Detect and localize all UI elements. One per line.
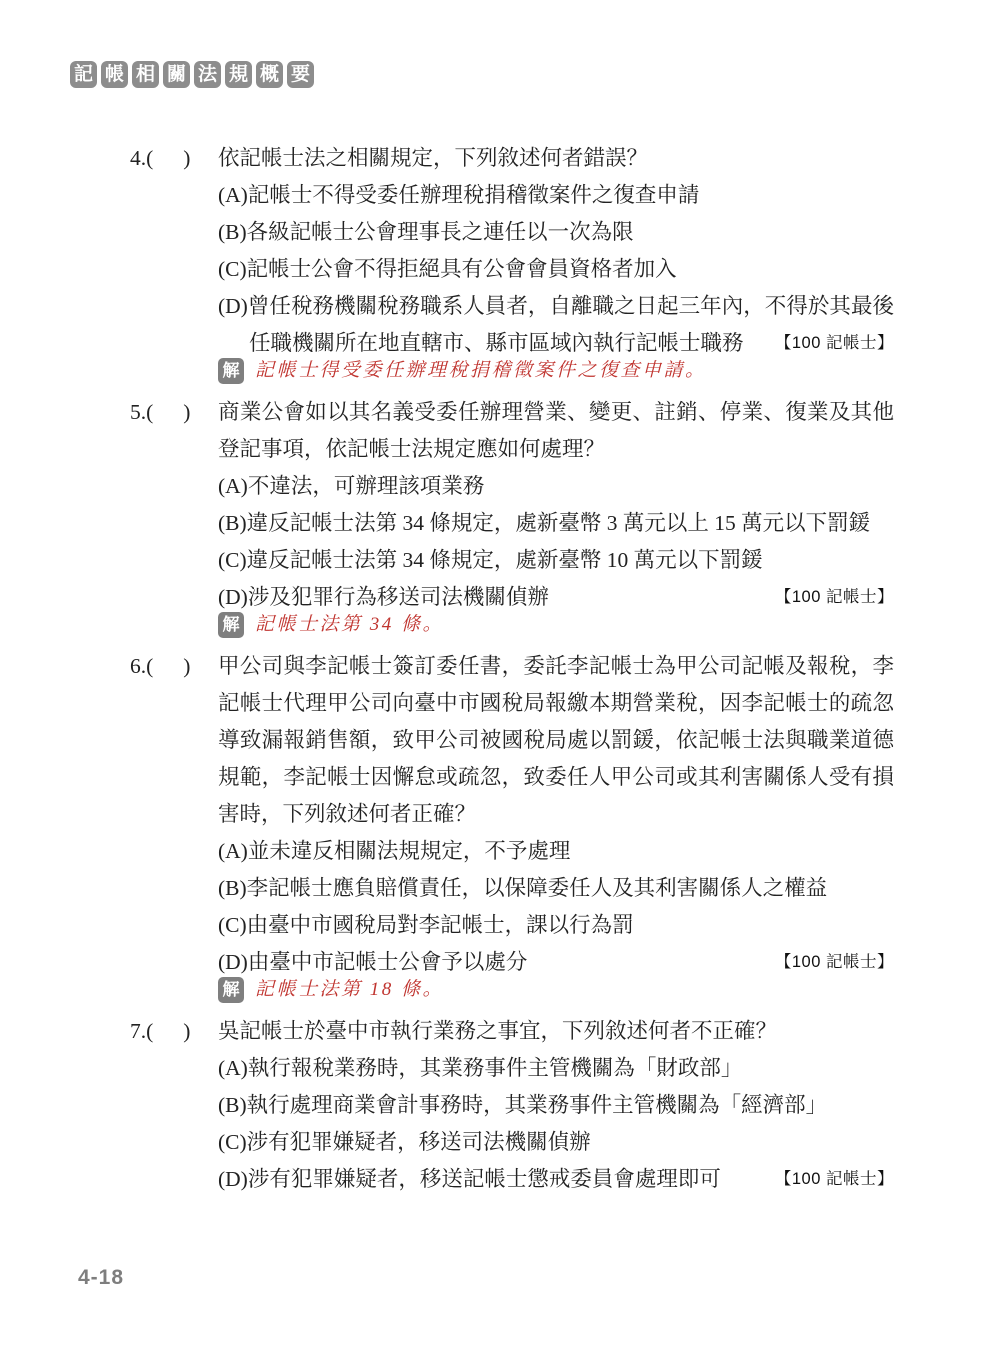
option-c-text: (C)涉有犯罪嫌疑者，移送司法機關偵辦 xyxy=(218,1130,591,1154)
question-stem: 吳記帳士於臺中市執行業務之事宜，下列敘述何者不正確？ xyxy=(218,1013,894,1050)
option-b: (B)違反記帳士法第 34 條規定，處新臺幣 3 萬元以上 15 萬元以下罰鍰 xyxy=(218,505,894,542)
question-5: 5.() 商業公會如以其名義受委任辦理營業、變更、註銷、停業、復業及其他登記事項… xyxy=(130,394,894,648)
option-a-text: (A)執行報稅業務時，其業務事件主管機關為「財政部」 xyxy=(218,1056,742,1080)
option-c: (C)違反記帳士法第 34 條規定，處新臺幣 10 萬元以下罰鍰 xyxy=(218,542,894,579)
option-c-text: (C)記帳士公會不得拒絕具有公會會員資格者加入 xyxy=(218,257,677,281)
question-number-open: 7.( xyxy=(130,1019,153,1043)
solution-badge-icon: 解 xyxy=(218,358,244,384)
answer-paren-close: ) xyxy=(183,146,190,170)
chapter-title-char: 要 xyxy=(287,61,314,88)
option-a: (A)並未違反相關法規規定，不予處理 xyxy=(218,833,894,870)
option-d-text: (D)涉及犯罪行為移送司法機關偵辦 xyxy=(218,585,549,609)
question-list: 4.() 依記帳士法之相關規定，下列敘述何者錯誤？ (A)記帳士不得受委任辦理稅… xyxy=(130,140,894,1198)
question-body: 依記帳士法之相關規定，下列敘述何者錯誤？ (A)記帳士不得受委任辦理稅捐稽徵案件… xyxy=(218,140,894,394)
option-c-text: (C)由臺中市國稅局對李記帳士，課以行為罰 xyxy=(218,913,634,937)
option-c-text: (C)違反記帳士法第 34 條規定，處新臺幣 10 萬元以下罰鍰 xyxy=(218,548,763,572)
exam-source-tag: 【100 記帳士】 xyxy=(775,325,894,362)
chapter-title: 記 帳 相 關 法 規 概 要 xyxy=(70,61,314,88)
question-4: 4.() 依記帳士法之相關規定，下列敘述何者錯誤？ (A)記帳士不得受委任辦理稅… xyxy=(130,140,894,394)
page-number: 4-18 xyxy=(78,1266,124,1290)
option-b-text: (B)執行處理商業會計事務時，其業務事件主管機關為「經濟部」 xyxy=(218,1093,827,1117)
question-stem: 依記帳士法之相關規定，下列敘述何者錯誤？ xyxy=(218,140,894,177)
chapter-title-char: 概 xyxy=(256,61,283,88)
exam-source-tag: 【100 記帳士】 xyxy=(775,944,894,981)
option-a-text: (A)並未違反相關法規規定，不予處理 xyxy=(218,839,570,863)
option-a: (A)執行報稅業務時，其業務事件主管機關為「財政部」 xyxy=(218,1050,894,1087)
answer-paren-close: ) xyxy=(183,400,190,424)
chapter-title-char: 相 xyxy=(132,61,159,88)
option-a: (A)不違法，可辦理該項業務 xyxy=(218,468,894,505)
solution-badge-icon: 解 xyxy=(218,612,244,638)
option-b-text: (B)各級記帳士公會理事長之連任以一次為限 xyxy=(218,220,634,244)
question-number-open: 6.( xyxy=(130,654,153,678)
option-a: (A)記帳士不得受委任辦理稅捐稽徵案件之復查申請 xyxy=(218,177,894,214)
question-number-open: 5.( xyxy=(130,400,153,424)
option-b-text: (B)違反記帳士法第 34 條規定，處新臺幣 3 萬元以上 15 萬元以下罰鍰 xyxy=(218,511,870,535)
solution-text: 記帳士得受委任辦理稅捐稽徵案件之復查申請。 xyxy=(255,356,707,386)
option-d: (D)涉有犯罪嫌疑者，移送記帳士懲戒委員會處理即可【100 記帳士】 xyxy=(218,1161,894,1198)
option-b: (B)執行處理商業會計事務時，其業務事件主管機關為「經濟部」 xyxy=(218,1087,894,1124)
option-b: (B)各級記帳士公會理事長之連任以一次為限 xyxy=(218,214,894,251)
solution-line: 解 記帳士得受委任辦理稅捐稽徵案件之復查申請。 xyxy=(218,356,775,386)
option-d: (D)曾任稅務機關稅務職系人員者，自離職之日起三年內，不得於其最後任職機關所在地… xyxy=(218,288,894,362)
question-number: 7.() xyxy=(130,1013,218,1198)
question-6: 6.() 甲公司與李記帳士簽訂委任書，委託李記帳士為甲公司記帳及報稅，李記帳士代… xyxy=(130,648,894,1013)
question-7: 7.() 吳記帳士於臺中市執行業務之事宜，下列敘述何者不正確？ (A)執行報稅業… xyxy=(130,1013,894,1198)
solution-text: 記帳士法第 18 條。 xyxy=(255,975,444,1005)
question-stem: 甲公司與李記帳士簽訂委任書，委託李記帳士為甲公司記帳及報稅，李記帳士代理甲公司向… xyxy=(218,648,894,833)
solution-text: 記帳士法第 34 條。 xyxy=(255,610,444,640)
question-number: 6.() xyxy=(130,648,218,1013)
option-a-text: (A)不違法，可辦理該項業務 xyxy=(218,474,484,498)
question-number: 4.() xyxy=(130,140,218,394)
chapter-title-char: 法 xyxy=(194,61,221,88)
answer-paren-close: ) xyxy=(183,1019,190,1043)
question-body: 商業公會如以其名義受委任辦理營業、變更、註銷、停業、復業及其他登記事項，依記帳士… xyxy=(218,394,894,648)
exam-source-tag: 【100 記帳士】 xyxy=(775,1161,894,1198)
question-number: 5.() xyxy=(130,394,218,648)
option-b: (B)李記帳士應負賠償責任，以保障委任人及其利害關係人之權益 xyxy=(218,870,894,907)
question-body: 甲公司與李記帳士簽訂委任書，委託李記帳士為甲公司記帳及報稅，李記帳士代理甲公司向… xyxy=(218,648,894,1013)
option-d-text: (D)由臺中市記帳士公會予以處分 xyxy=(218,950,527,974)
exam-source-tag: 【100 記帳士】 xyxy=(775,579,894,616)
option-c: (C)涉有犯罪嫌疑者，移送司法機關偵辦 xyxy=(218,1124,894,1161)
option-a-text: (A)記帳士不得受委任辦理稅捐稽徵案件之復查申請 xyxy=(218,183,699,207)
question-number-open: 4.( xyxy=(130,146,153,170)
solution-badge-icon: 解 xyxy=(218,977,244,1003)
answer-paren-close: ) xyxy=(183,654,190,678)
option-c: (C)由臺中市國稅局對李記帳士，課以行為罰 xyxy=(218,907,894,944)
option-b-text: (B)李記帳士應負賠償責任，以保障委任人及其利害關係人之權益 xyxy=(218,876,827,900)
chapter-title-char: 記 xyxy=(70,61,97,88)
option-d-text: (D)涉有犯罪嫌疑者，移送記帳士懲戒委員會處理即可 xyxy=(218,1167,721,1191)
chapter-title-char: 規 xyxy=(225,61,252,88)
question-stem: 商業公會如以其名義受委任辦理營業、變更、註銷、停業、復業及其他登記事項，依記帳士… xyxy=(218,394,894,468)
chapter-title-char: 帳 xyxy=(101,61,128,88)
option-c: (C)記帳士公會不得拒絕具有公會會員資格者加入 xyxy=(218,251,894,288)
chapter-title-char: 關 xyxy=(163,61,190,88)
question-body: 吳記帳士於臺中市執行業務之事宜，下列敘述何者不正確？ (A)執行報稅業務時，其業… xyxy=(218,1013,894,1198)
